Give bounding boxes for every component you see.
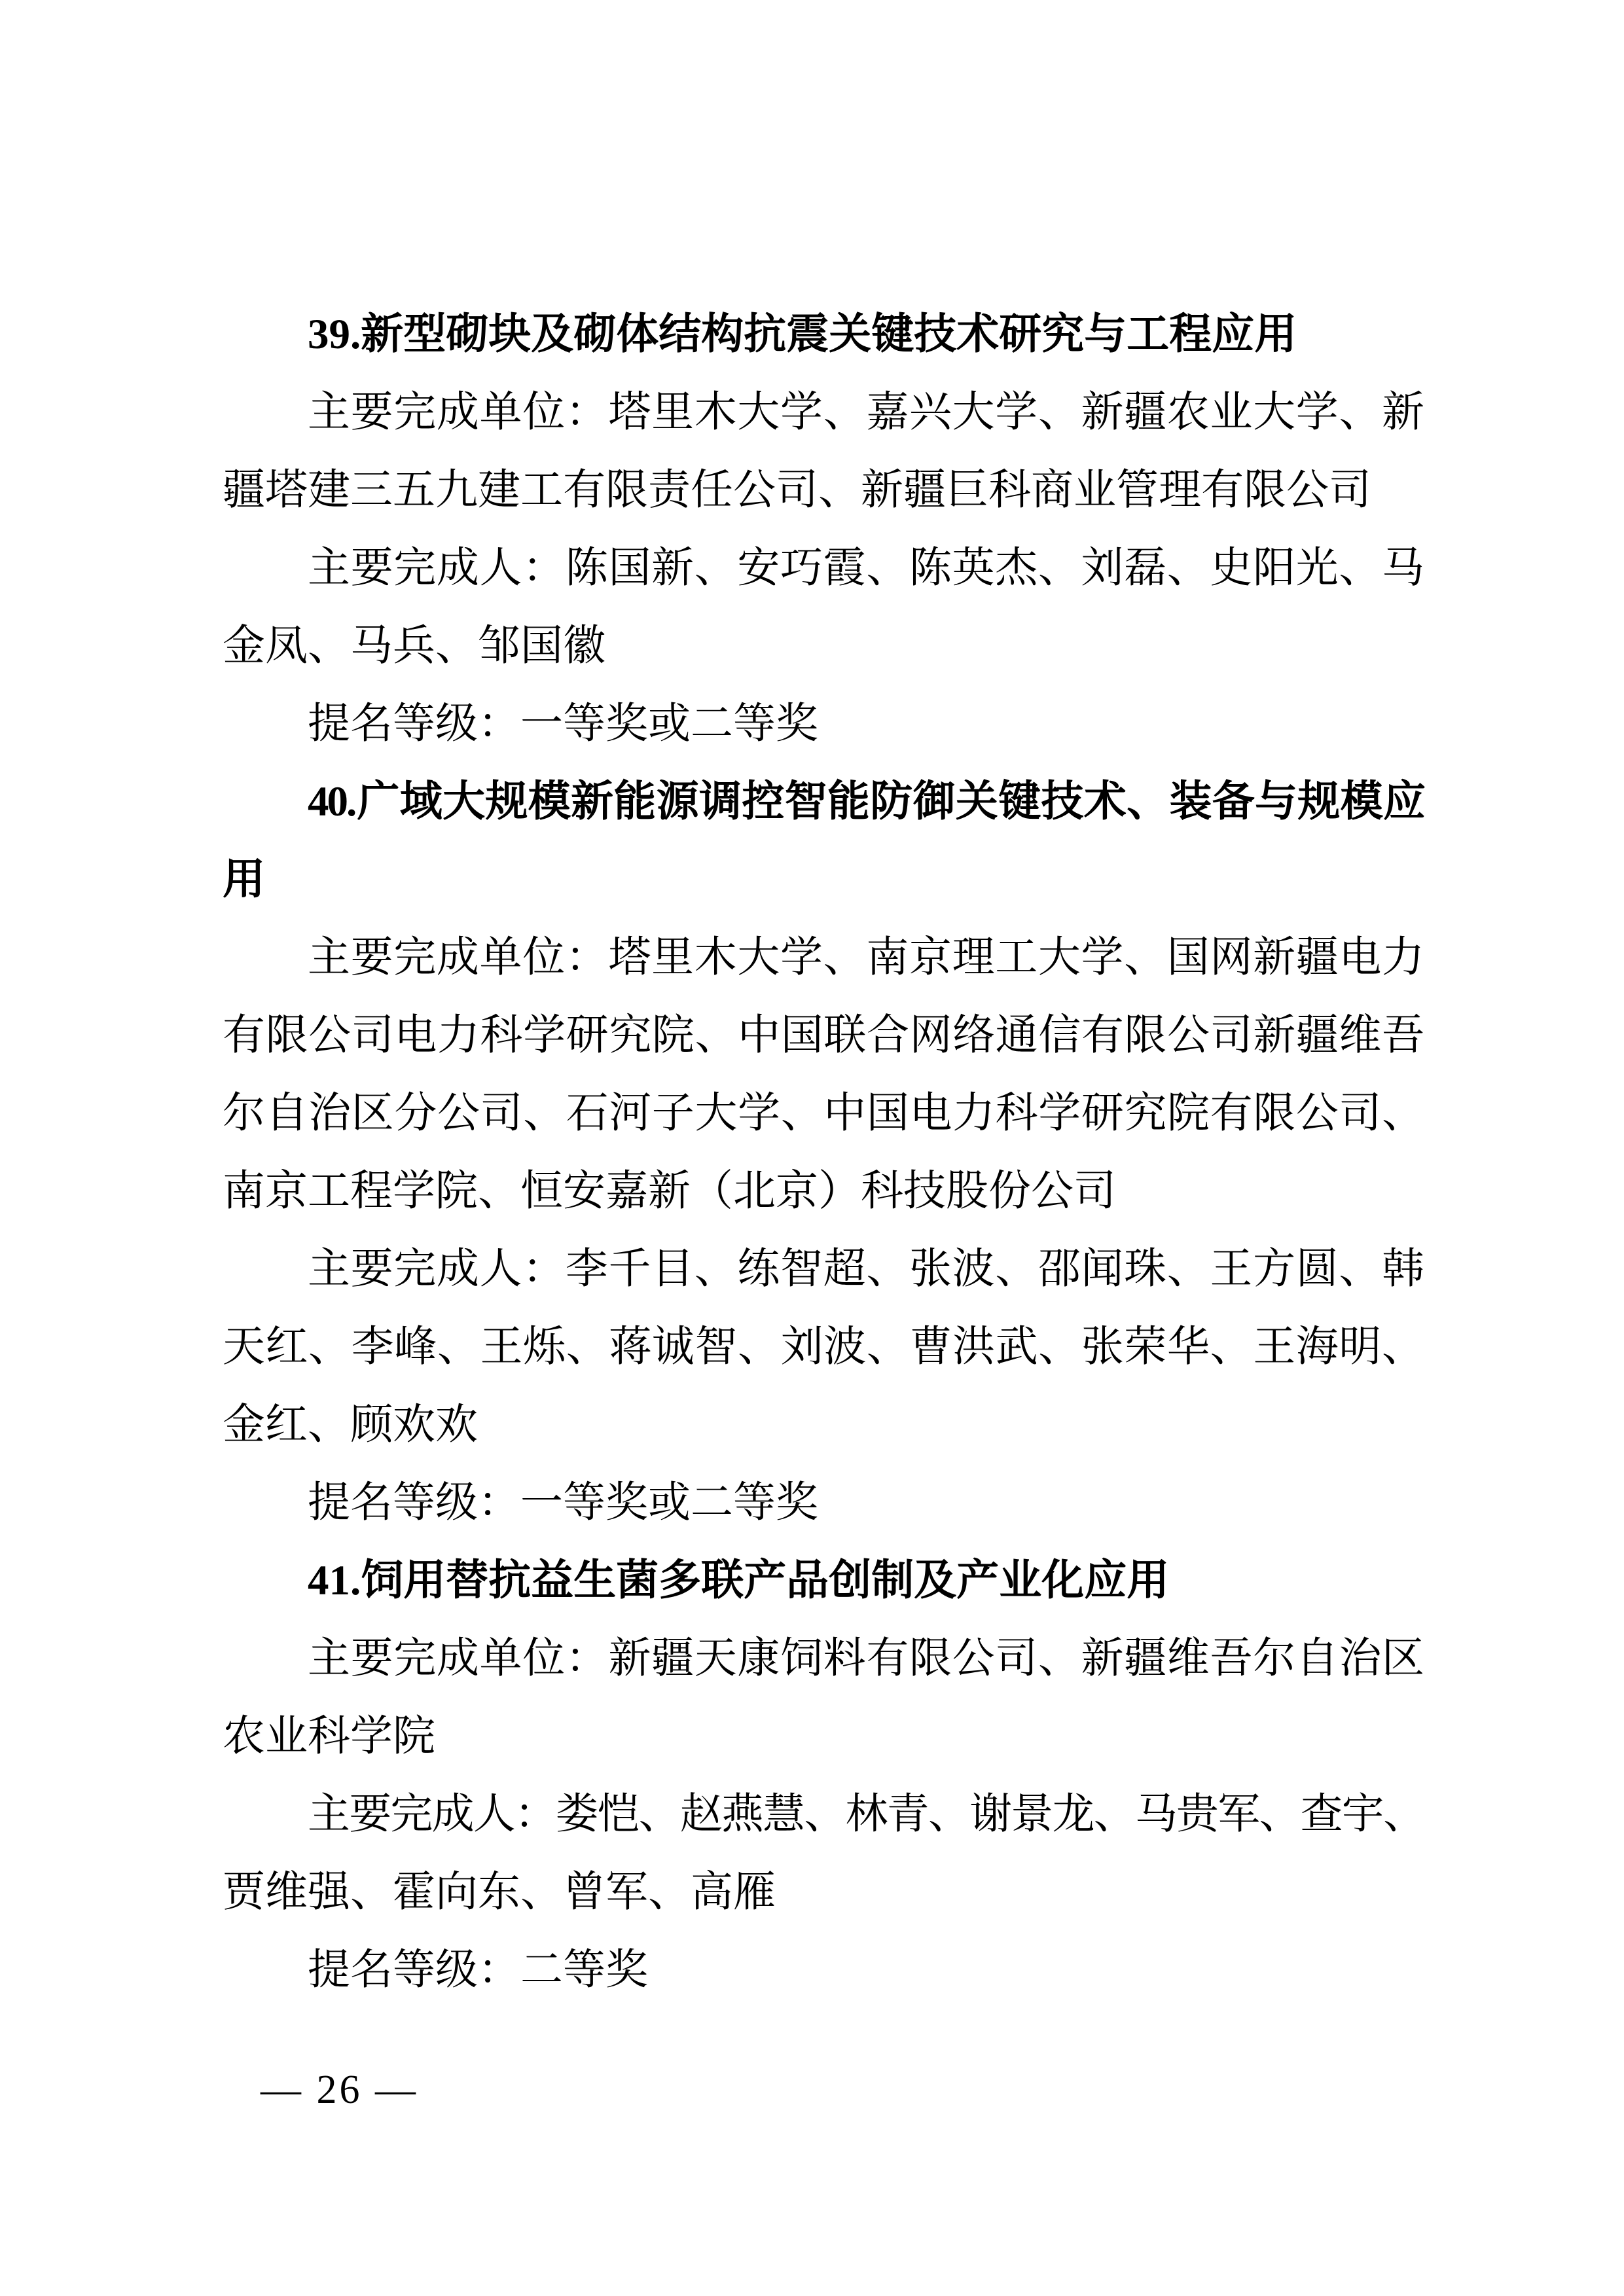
section-40-units-line-1: 主要完成单位：塔里木大学、南京理工大学、国网新疆电力 — [223, 919, 1424, 997]
page-number: — 26 — — [261, 2060, 418, 2119]
section-41-title: 41.饲用替抗益生菌多联产品创制及产业化应用 — [223, 1542, 1424, 1620]
document-page: 39.新型砌块及砌体结构抗震关键技术研究与工程应用 主要完成单位：塔里木大学、嘉… — [0, 0, 1624, 2296]
section-40-title-line-1: 40.广域大规模新能源调控智能防御关键技术、装备与规模应 — [223, 763, 1424, 841]
section-39-title: 39.新型砌块及砌体结构抗震关键技术研究与工程应用 — [223, 296, 1424, 374]
section-39-people-line-2: 金凤、马兵、邹国徽 — [223, 607, 1424, 685]
section-40-units-line-4: 南京工程学院、恒安嘉新（北京）科技股份公司 — [223, 1153, 1424, 1230]
section-39-people-line-1: 主要完成人：陈国新、安巧霞、陈英杰、刘磊、史阳光、马 — [223, 529, 1424, 607]
section-40-units-line-2: 有限公司电力科学研究院、中国联合网络通信有限公司新疆维吾 — [223, 997, 1424, 1075]
section-41-grade: 提名等级：二等奖 — [223, 1931, 1424, 2009]
section-39-units-line-1: 主要完成单位：塔里木大学、嘉兴大学、新疆农业大学、新 — [223, 374, 1424, 452]
section-40-grade: 提名等级：一等奖或二等奖 — [223, 1464, 1424, 1542]
section-39-grade: 提名等级：一等奖或二等奖 — [223, 685, 1424, 763]
section-40-title-line-2: 用 — [223, 841, 1424, 919]
section-41-people-line-2: 贾维强、霍向东、曾军、高雁 — [223, 1854, 1424, 1931]
section-40-units-line-3: 尔自治区分公司、石河子大学、中国电力科学研究院有限公司、 — [223, 1075, 1424, 1153]
section-41-units-line-1: 主要完成单位：新疆天康饲料有限公司、新疆维吾尔自治区 — [223, 1620, 1424, 1698]
section-40-people-line-3: 金红、顾欢欢 — [223, 1386, 1424, 1464]
section-41-people-line-1: 主要完成人：娄恺、赵燕慧、林青、谢景龙、马贵军、查宇、 — [223, 1776, 1424, 1854]
section-40-people-line-2: 天红、李峰、王烁、蒋诚智、刘波、曹洪武、张荣华、王海明、 — [223, 1308, 1424, 1386]
section-41-units-line-2: 农业科学院 — [223, 1698, 1424, 1776]
section-40-people-line-1: 主要完成人：李千目、练智超、张波、邵闻珠、王方圆、韩 — [223, 1230, 1424, 1308]
section-39-units-line-2: 疆塔建三五九建工有限责任公司、新疆巨科商业管理有限公司 — [223, 452, 1424, 529]
document-body: 39.新型砌块及砌体结构抗震关键技术研究与工程应用 主要完成单位：塔里木大学、嘉… — [223, 296, 1424, 2009]
